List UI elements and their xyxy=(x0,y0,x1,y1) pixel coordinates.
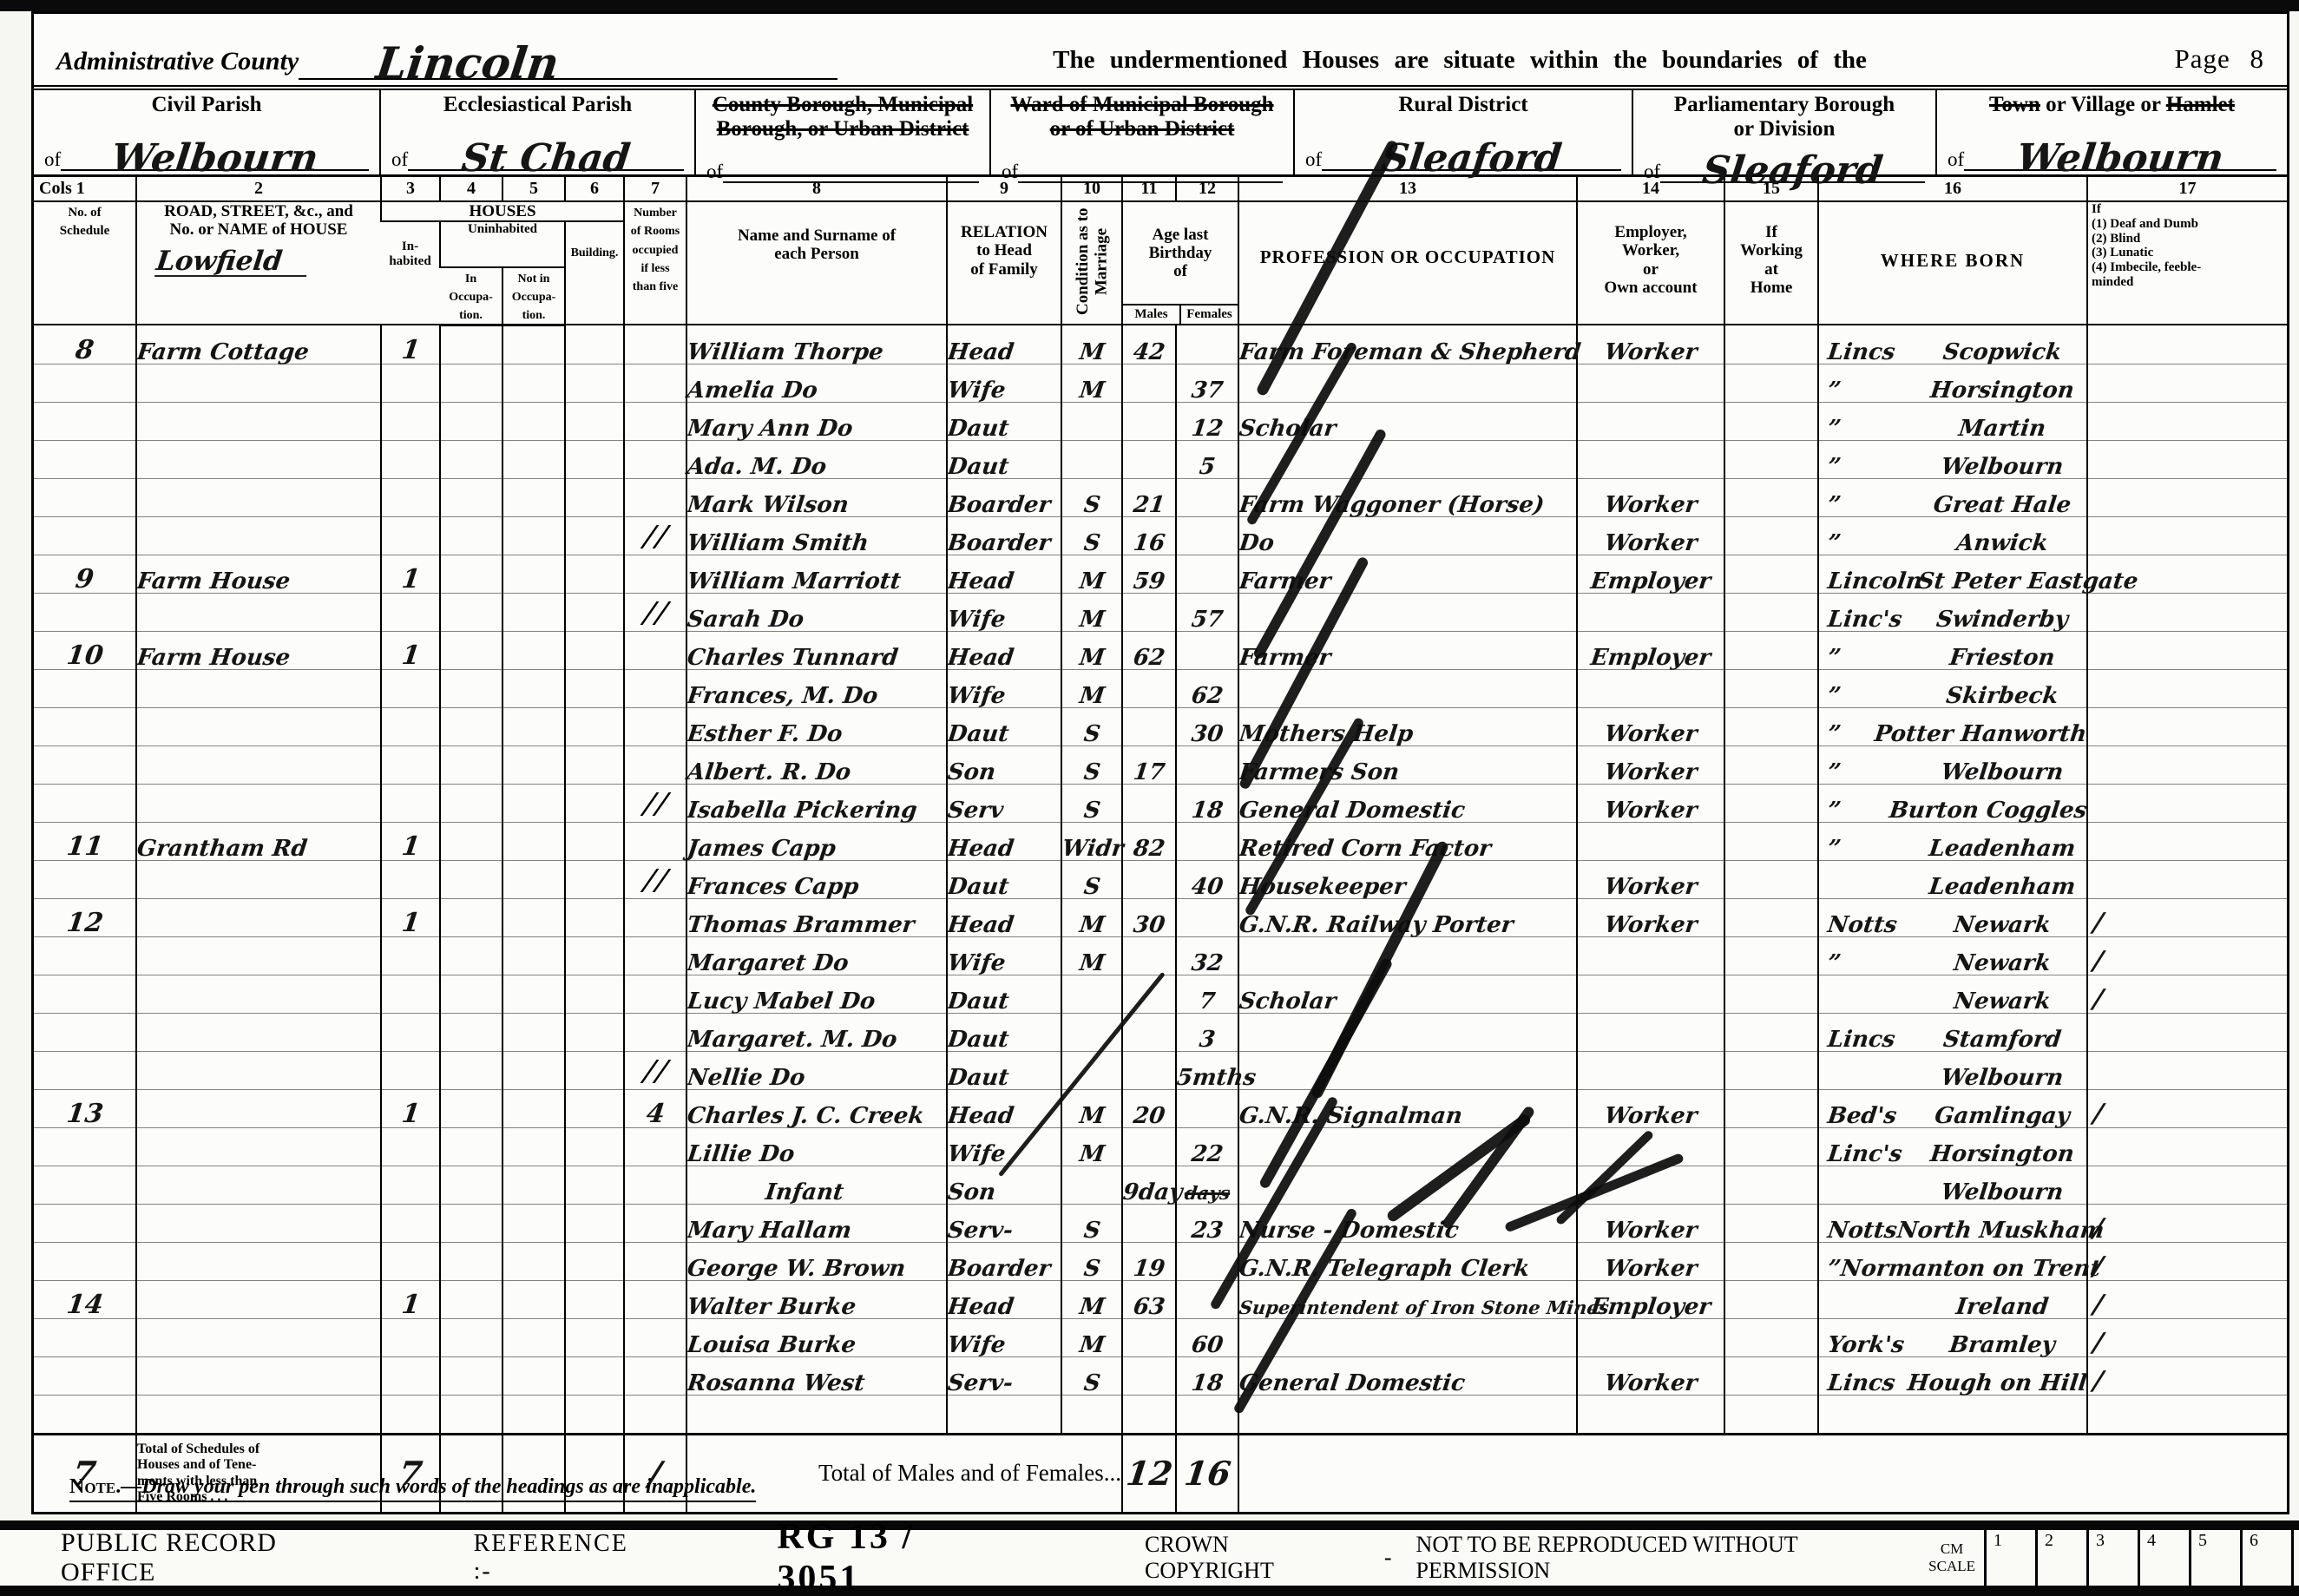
column-number: 4 xyxy=(440,177,502,201)
table-row: Margaret. M. DoDaut3LincsStamford xyxy=(34,1013,2287,1051)
house-name xyxy=(136,1204,381,1242)
where-born: ”Burton Coggles xyxy=(1818,784,2087,822)
inhabited: 1 xyxy=(381,555,440,593)
building xyxy=(565,1089,624,1127)
age-male xyxy=(1122,1395,1176,1434)
occupation xyxy=(1238,593,1577,631)
schedule-no xyxy=(34,1204,136,1242)
footer-scale-label: CMSCALE xyxy=(1928,1540,1975,1574)
relation: Head xyxy=(947,325,1061,364)
relation: Serv- xyxy=(947,1356,1061,1395)
road-section-handwritten: Lowfield xyxy=(154,248,310,277)
working-at-home xyxy=(1724,1318,1818,1356)
working-at-home xyxy=(1724,593,1818,631)
schedule-no xyxy=(34,1051,136,1089)
house-name xyxy=(136,860,381,898)
rural-district-title: Rural District xyxy=(1302,93,1625,117)
person-name: Louisa Burke xyxy=(686,1318,947,1356)
age-female: 5 xyxy=(1176,440,1238,478)
occupation: G.N.R. Signalman xyxy=(1238,1089,1577,1127)
working-at-home xyxy=(1724,707,1818,745)
table-row: Amelia DoWifeM37”Horsington xyxy=(34,364,2287,402)
relation xyxy=(947,1395,1061,1434)
schedule-no xyxy=(34,860,136,898)
header-where-born: WHERE BORN xyxy=(1818,201,2087,325)
age-female xyxy=(1176,1280,1238,1318)
infirmity: / xyxy=(2087,1318,2287,1356)
totals-males: 12 xyxy=(1122,1434,1176,1512)
employer-status: Employer xyxy=(1577,631,1724,669)
infirmity xyxy=(2087,1127,2287,1166)
relation: Daut xyxy=(947,860,1061,898)
house-name: Farm House xyxy=(136,555,381,593)
age-female: 37 xyxy=(1176,364,1238,402)
employer-status: Employer xyxy=(1577,555,1724,593)
table-row: Frances, M. DoWifeM62”Skirbeck xyxy=(34,669,2287,707)
of-label: of xyxy=(391,148,408,171)
employer-status: Worker xyxy=(1577,516,1724,555)
occupation xyxy=(1238,1318,1577,1356)
where-born: ”Great Hale xyxy=(1818,478,2087,516)
house-name xyxy=(136,975,381,1013)
working-at-home xyxy=(1724,1395,1818,1434)
employer-status: Worker xyxy=(1577,1204,1724,1242)
rooms xyxy=(624,1204,686,1242)
enumerator-mark xyxy=(640,1060,671,1083)
in-occupation xyxy=(440,898,502,936)
condition: M xyxy=(1061,1318,1122,1356)
column-number: 5 xyxy=(502,177,565,201)
hamlet-word: Hamlet xyxy=(2166,93,2235,116)
inhabited xyxy=(381,478,440,516)
ecclesiastical-parish-ofline: of St Chad xyxy=(388,129,687,171)
infirmity xyxy=(2087,745,2287,784)
house-name xyxy=(136,707,381,745)
not-in-occupation xyxy=(502,707,565,745)
footer-strip: PUBLIC RECORD OFFICE REFERENCE :- RG 13 … xyxy=(0,1530,2299,1586)
condition: M xyxy=(1061,631,1122,669)
of-label: of xyxy=(1948,148,1964,171)
building xyxy=(565,860,624,898)
infirmity xyxy=(2087,516,2287,555)
person-name: William Marriott xyxy=(686,555,947,593)
where-born: ”Newark xyxy=(1818,936,2087,975)
civil-parish-value: Welbourn xyxy=(58,140,371,178)
in-occupation xyxy=(440,975,502,1013)
census-scan-page: Administrative County Lincoln The underm… xyxy=(0,0,2299,1596)
where-born: Welbourn xyxy=(1818,1051,2087,1089)
page-number: Page 8 xyxy=(2082,43,2264,80)
age-male: 17 xyxy=(1122,745,1176,784)
where-born: ”Potter Hanworth xyxy=(1818,707,2087,745)
table-row: Lucy Mabel DoDaut7ScholarNewark/ xyxy=(34,975,2287,1013)
column-number: 2 xyxy=(136,177,381,201)
header-condition: Condition as to Marriage xyxy=(1061,201,1122,325)
in-occupation xyxy=(440,822,502,860)
condition: Widr xyxy=(1061,822,1122,860)
infirmity: / xyxy=(2087,898,2287,936)
working-at-home xyxy=(1724,784,1818,822)
working-at-home xyxy=(1724,745,1818,784)
inhabited: 1 xyxy=(381,1089,440,1127)
infirmity xyxy=(2087,784,2287,822)
working-at-home xyxy=(1724,364,1818,402)
condition: S xyxy=(1061,478,1122,516)
building xyxy=(565,478,624,516)
not-in-occupation xyxy=(502,516,565,555)
building xyxy=(565,1166,624,1204)
schedule-no xyxy=(34,784,136,822)
ward-title-line2: or of Urban District xyxy=(1050,117,1235,141)
house-name xyxy=(136,784,381,822)
table-row: Sarah DoWifeM57Linc'sSwinderby xyxy=(34,593,2287,631)
age-female: 30 xyxy=(1176,707,1238,745)
not-in-occupation xyxy=(502,1204,565,1242)
age-female: 40 xyxy=(1176,860,1238,898)
rooms xyxy=(624,1242,686,1280)
schedule-no: 11 xyxy=(34,822,136,860)
enumerator-mark xyxy=(640,601,671,625)
inhabited xyxy=(381,707,440,745)
header-inhabited: In-habited xyxy=(381,221,440,325)
county-borough-title-line1: County Borough, Municipal xyxy=(713,93,973,116)
person-name: Mary Hallam xyxy=(686,1204,947,1242)
age-male xyxy=(1122,1013,1176,1051)
inhabited xyxy=(381,784,440,822)
table-row: 11Grantham Rd1James CappHeadWidr82Retire… xyxy=(34,822,2287,860)
person-name: Esther F. Do xyxy=(686,707,947,745)
working-at-home xyxy=(1724,936,1818,975)
footer-bar: PUBLIC RECORD OFFICE REFERENCE :- RG 13 … xyxy=(0,1520,2299,1596)
building xyxy=(565,1356,624,1395)
condition xyxy=(1061,402,1122,440)
building xyxy=(565,1051,624,1089)
age-female xyxy=(1176,516,1238,555)
age-male: 62 xyxy=(1122,631,1176,669)
header-not-in-occupation: Not inOccupa-tion. xyxy=(502,267,565,325)
building xyxy=(565,784,624,822)
not-in-occupation xyxy=(502,1280,565,1318)
employer-status: Worker xyxy=(1577,707,1724,745)
building xyxy=(565,1013,624,1051)
in-occupation xyxy=(440,1089,502,1127)
working-at-home xyxy=(1724,325,1818,364)
schedule-no xyxy=(34,364,136,402)
in-occupation xyxy=(440,745,502,784)
relation: Boarder xyxy=(947,1242,1061,1280)
ecclesiastical-parish-value: St Chad xyxy=(405,140,686,178)
ruler-cell: 6 xyxy=(2243,1530,2294,1586)
admin-header-row: Administrative County Lincoln The underm… xyxy=(34,14,2287,90)
where-born: ”Welbourn xyxy=(1818,745,2087,784)
age-male xyxy=(1122,1318,1176,1356)
parliamentary-title-line2: or Division xyxy=(1734,117,1836,141)
ward-ofline: of xyxy=(998,141,1286,183)
person-name: William Thorpe xyxy=(686,325,947,364)
infirmity xyxy=(2087,1051,2287,1089)
age-male: 20 xyxy=(1122,1089,1176,1127)
where-born: ”Welbourn xyxy=(1818,440,2087,478)
in-occupation xyxy=(440,1204,502,1242)
ruler-cell: 2 xyxy=(2038,1530,2089,1586)
building xyxy=(565,936,624,975)
relation: Wife xyxy=(947,1127,1061,1166)
rural-district-ofline: of Sleaford xyxy=(1302,129,1625,171)
employer-status: Worker xyxy=(1577,1356,1724,1395)
table-row: Louisa BurkeWifeM60York'sBramley/ xyxy=(34,1318,2287,1356)
condition xyxy=(1061,1051,1122,1089)
person-name: Margaret. M. Do xyxy=(686,1013,947,1051)
relation: Head xyxy=(947,631,1061,669)
relation: Head xyxy=(947,1089,1061,1127)
totals-females: 16 xyxy=(1176,1434,1238,1512)
civil-parish-title: Civil Parish xyxy=(41,93,372,117)
relation: Head xyxy=(947,822,1061,860)
age-male xyxy=(1122,784,1176,822)
schedule-no xyxy=(34,478,136,516)
person-name xyxy=(686,1395,947,1434)
age-male xyxy=(1122,936,1176,975)
employer-status xyxy=(1577,1051,1724,1089)
infirmity xyxy=(2087,478,2287,516)
inhabited: 1 xyxy=(381,325,440,364)
ecclesiastical-parish-box: Ecclesiastical Parish of St Chad xyxy=(381,90,696,174)
relation: Wife xyxy=(947,364,1061,402)
not-in-occupation xyxy=(502,631,565,669)
table-row: 9Farm House1William MarriottHeadM59Farme… xyxy=(34,555,2287,593)
occupation: Nurse - Domestic xyxy=(1238,1204,1577,1242)
employer-status xyxy=(1577,1127,1724,1166)
working-at-home xyxy=(1724,555,1818,593)
ruler-cell: 3 xyxy=(2089,1530,2140,1586)
age-male xyxy=(1122,440,1176,478)
schedule-no: 10 xyxy=(34,631,136,669)
relation: Serv- xyxy=(947,1204,1061,1242)
rural-district-value: Sleaford xyxy=(1319,140,1623,178)
table-row: Rosanna WestServ-S18General DomesticWork… xyxy=(34,1356,2287,1395)
inhabited xyxy=(381,402,440,440)
inhabited xyxy=(381,1242,440,1280)
of-label: of xyxy=(1305,148,1322,171)
occupation: G.N.R. Railway Porter xyxy=(1238,898,1577,936)
working-at-home xyxy=(1724,822,1818,860)
person-name: Lillie Do xyxy=(686,1127,947,1166)
not-in-occupation xyxy=(502,669,565,707)
age-female xyxy=(1176,822,1238,860)
working-at-home xyxy=(1724,1242,1818,1280)
person-name: Charles J. C. Creek xyxy=(686,1089,947,1127)
age-male: 21 xyxy=(1122,478,1176,516)
relation: Serv xyxy=(947,784,1061,822)
schedule-no xyxy=(34,669,136,707)
in-occupation xyxy=(440,325,502,364)
building xyxy=(565,1127,624,1166)
rooms xyxy=(624,1395,686,1434)
house-name: Farm Cottage xyxy=(136,325,381,364)
relation: Wife xyxy=(947,936,1061,975)
house-name xyxy=(136,478,381,516)
not-in-occupation xyxy=(502,784,565,822)
where-born: LincsScopwick xyxy=(1818,325,2087,364)
house-name xyxy=(136,402,381,440)
civil-parish-box: Civil Parish of Welbourn xyxy=(34,90,381,174)
not-in-occupation xyxy=(502,402,565,440)
condition: S xyxy=(1061,1356,1122,1395)
building xyxy=(565,669,624,707)
ecclesiastical-parish-title: Ecclesiastical Parish xyxy=(388,93,687,117)
where-born xyxy=(1818,1395,2087,1434)
header-rooms: Numberof Roomsoccupiedif lessthan five xyxy=(624,201,686,325)
age-male xyxy=(1122,707,1176,745)
inhabited xyxy=(381,936,440,975)
table-row: Isabella PickeringServS18General Domesti… xyxy=(34,784,2287,822)
county-borough-box: County Borough, Municipal Borough, or Ur… xyxy=(696,90,991,174)
occupation xyxy=(1238,1166,1577,1204)
footer-cm-ruler: 123456 xyxy=(1984,1530,2294,1586)
relation: Daut xyxy=(947,440,1061,478)
employer-status: Worker xyxy=(1577,325,1724,364)
condition: S xyxy=(1061,745,1122,784)
working-at-home xyxy=(1724,1280,1818,1318)
occupation xyxy=(1238,1051,1577,1089)
footer-copyright: CROWN COPYRIGHT xyxy=(1145,1532,1360,1584)
age-female: 57 xyxy=(1176,593,1238,631)
column-number: 17 xyxy=(2087,177,2287,201)
header-schedule: No. ofSchedule xyxy=(34,201,136,325)
building xyxy=(565,325,624,364)
age-female xyxy=(1176,1395,1238,1434)
not-in-occupation xyxy=(502,478,565,516)
where-born: NottsNorth Muskham xyxy=(1818,1204,2087,1242)
header-road: ROAD, STREET, &c., andNo. or NAME of HOU… xyxy=(136,201,381,325)
condition: M xyxy=(1061,898,1122,936)
person-name: Ada. M. Do xyxy=(686,440,947,478)
person-name: George W. Brown xyxy=(686,1242,947,1280)
where-born: ”Normanton on Trent xyxy=(1818,1242,2087,1280)
age-female: days xyxy=(1176,1166,1238,1204)
age-female: 62 xyxy=(1176,669,1238,707)
infirmity: / xyxy=(2087,1089,2287,1127)
condition: M xyxy=(1061,593,1122,631)
in-occupation xyxy=(440,1051,502,1089)
working-at-home xyxy=(1724,631,1818,669)
person-name: Albert. R. Do xyxy=(686,745,947,784)
census-table: Cols 1234567891011121314151617 No. ofSch… xyxy=(34,177,2287,1512)
not-in-occupation xyxy=(502,975,565,1013)
building xyxy=(565,516,624,555)
table-row: 121Thomas BrammerHeadM30G.N.R. Railway P… xyxy=(34,898,2287,936)
header-employer: Employer,Worker,orOwn account xyxy=(1577,201,1724,325)
inhabited: 1 xyxy=(381,631,440,669)
house-name xyxy=(136,1395,381,1434)
building xyxy=(565,1280,624,1318)
age-female xyxy=(1176,1242,1238,1280)
condition: M xyxy=(1061,1089,1122,1127)
in-occupation xyxy=(440,1127,502,1166)
schedule-no xyxy=(34,440,136,478)
occupation: Farm Foreman & Shepherd xyxy=(1238,325,1577,364)
occupation: Farm Waggoner (Horse) xyxy=(1238,478,1577,516)
inhabited: 1 xyxy=(381,1280,440,1318)
header-profession: PROFESSION OR OCCUPATION xyxy=(1238,201,1577,325)
in-occupation xyxy=(440,936,502,975)
infirmity: / xyxy=(2087,936,2287,975)
table-row: Mark WilsonBoarderS21Farm Waggoner (Hors… xyxy=(34,478,2287,516)
age-male xyxy=(1122,1356,1176,1395)
footer-reference-number: RG 13 / 3051 xyxy=(777,1516,1006,1596)
age-male xyxy=(1122,1204,1176,1242)
building xyxy=(565,1395,624,1434)
rooms xyxy=(624,1318,686,1356)
employer-status xyxy=(1577,593,1724,631)
house-name xyxy=(136,1089,381,1127)
employer-status xyxy=(1577,1318,1724,1356)
infirmity: / xyxy=(2087,1356,2287,1395)
condition: M xyxy=(1061,936,1122,975)
column-number: 7 xyxy=(624,177,686,201)
rooms xyxy=(624,1280,686,1318)
person-name: Frances, M. Do xyxy=(686,669,947,707)
footnote-cap: Note. xyxy=(69,1475,121,1498)
not-in-occupation xyxy=(502,1395,565,1434)
schedule-no xyxy=(34,936,136,975)
column-number: 3 xyxy=(381,177,440,201)
schedule-no: 13 xyxy=(34,1089,136,1127)
working-at-home xyxy=(1724,898,1818,936)
town-village-box: Town or Village or Hamlet of Welbourn xyxy=(1937,90,2287,174)
table-row: Mary Ann DoDaut12Scholar”Martin xyxy=(34,402,2287,440)
infirmity xyxy=(2087,1166,2287,1204)
house-name xyxy=(136,1318,381,1356)
working-at-home xyxy=(1724,440,1818,478)
not-in-occupation xyxy=(502,822,565,860)
building xyxy=(565,898,624,936)
not-in-occupation xyxy=(502,1089,565,1127)
schedule-no: 12 xyxy=(34,898,136,936)
age-male xyxy=(1122,1127,1176,1166)
person-name: Mary Ann Do xyxy=(686,402,947,440)
building xyxy=(565,1242,624,1280)
inhabited xyxy=(381,975,440,1013)
rooms xyxy=(624,1166,686,1204)
house-name xyxy=(136,1013,381,1051)
where-born: York'sBramley xyxy=(1818,1318,2087,1356)
employer-status xyxy=(1577,822,1724,860)
rural-district-box: Rural District of Sleaford xyxy=(1295,90,1633,174)
not-in-occupation xyxy=(502,440,565,478)
column-number: Cols 1 xyxy=(34,177,136,201)
working-at-home xyxy=(1724,516,1818,555)
employer-status xyxy=(1577,1013,1724,1051)
inhabited xyxy=(381,1013,440,1051)
table-row: Albert. R. DoSonS17Farmers SonWorker”Wel… xyxy=(34,745,2287,784)
condition: M xyxy=(1061,669,1122,707)
person-name: Amelia Do xyxy=(686,364,947,402)
working-at-home xyxy=(1724,402,1818,440)
house-name xyxy=(136,1356,381,1395)
where-born: Newark xyxy=(1818,975,2087,1013)
condition xyxy=(1061,1166,1122,1204)
where-born: Linc'sSwinderby xyxy=(1818,593,2087,631)
footer-reference-label: REFERENCE :- xyxy=(474,1530,652,1586)
in-occupation xyxy=(440,669,502,707)
inhabited: 1 xyxy=(381,898,440,936)
header-infirmity: If(1) Deaf and Dumb(2) Blind(3) Lunatic(… xyxy=(2087,201,2287,325)
house-name: Grantham Rd xyxy=(136,822,381,860)
where-born: Ireland xyxy=(1818,1280,2087,1318)
ruler-cell: 5 xyxy=(2191,1530,2243,1586)
person-name: Margaret Do xyxy=(686,936,947,975)
